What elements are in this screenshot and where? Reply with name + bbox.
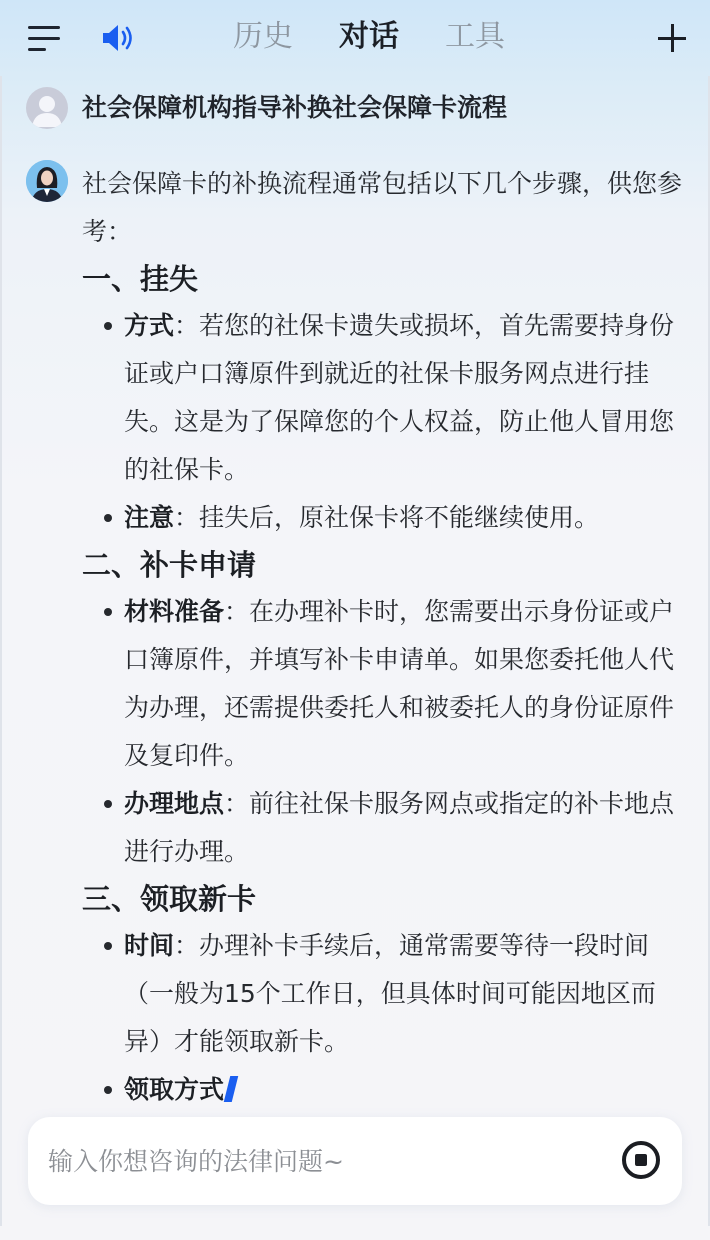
assistant-answer: 社会保障卡的补换流程通常包括以下几个步骤，供您参考： 一、挂失 方式：若您的社保… bbox=[82, 160, 682, 1114]
item-text: ：若您的社保卡遗失或损坏，首先需要持身份证或户口簿原件到就近的社保卡服务网点进行… bbox=[124, 311, 674, 484]
frame-border-left bbox=[0, 76, 2, 1226]
user-avatar bbox=[26, 87, 68, 129]
item-label: 注意 bbox=[124, 503, 174, 532]
question-input[interactable] bbox=[48, 1117, 608, 1205]
item-label: 方式 bbox=[124, 311, 174, 340]
stop-generation-button[interactable] bbox=[622, 1141, 660, 1179]
chat-input-bar bbox=[28, 1117, 682, 1205]
section-list: 方式：若您的社保卡遗失或损坏，首先需要持身份证或户口簿原件到就近的社保卡服务网点… bbox=[82, 302, 682, 542]
user-message: 社会保障机构指导补换社会保障卡流程 bbox=[26, 86, 507, 130]
section-heading: 三、领取新卡 bbox=[82, 876, 682, 922]
item-label: 领取方式 bbox=[124, 1075, 224, 1104]
item-text: ：挂失后，原社保卡将不能继续使用。 bbox=[174, 503, 599, 532]
tab-tools[interactable]: 工具 bbox=[422, 14, 528, 60]
menu-icon[interactable] bbox=[28, 24, 62, 52]
section-list: 时间：办理补卡手续后，通常需要等待一段时间（一般为15个工作日，但具体时间可能因… bbox=[82, 922, 682, 1114]
speaker-icon[interactable] bbox=[100, 22, 136, 54]
streaming-cursor-icon bbox=[224, 1076, 238, 1102]
top-bar: 历史 对话 工具 bbox=[0, 0, 710, 76]
tab-chat[interactable]: 对话 bbox=[316, 14, 422, 60]
assistant-avatar bbox=[26, 160, 68, 202]
list-item: 办理地点：前往社保卡服务网点或指定的补卡地点进行办理。 bbox=[124, 780, 682, 876]
item-label: 办理地点 bbox=[124, 789, 224, 818]
item-text: ：办理补卡手续后，通常需要等待一段时间（一般为15个工作日，但具体时间可能因地区… bbox=[124, 931, 656, 1056]
list-item: 时间：办理补卡手续后，通常需要等待一段时间（一般为15个工作日，但具体时间可能因… bbox=[124, 922, 682, 1066]
tab-history[interactable]: 历史 bbox=[210, 14, 316, 60]
list-item: 材料准备：在办理补卡时，您需要出示身份证或户口簿原件，并填写补卡申请单。如果您委… bbox=[124, 588, 682, 780]
list-item: 领取方式 bbox=[124, 1066, 682, 1114]
answer-intro: 社会保障卡的补换流程通常包括以下几个步骤，供您参考： bbox=[82, 160, 682, 256]
section-heading: 二、补卡申请 bbox=[82, 542, 682, 588]
stop-icon bbox=[635, 1154, 647, 1166]
user-message-text: 社会保障机构指导补换社会保障卡流程 bbox=[82, 86, 507, 130]
item-label: 材料准备 bbox=[124, 597, 224, 626]
plus-icon[interactable] bbox=[658, 24, 686, 52]
list-item: 方式：若您的社保卡遗失或损坏，首先需要持身份证或户口簿原件到就近的社保卡服务网点… bbox=[124, 302, 682, 494]
list-item: 注意：挂失后，原社保卡将不能继续使用。 bbox=[124, 494, 682, 542]
section-list: 材料准备：在办理补卡时，您需要出示身份证或户口簿原件，并填写补卡申请单。如果您委… bbox=[82, 588, 682, 876]
section-heading: 一、挂失 bbox=[82, 256, 682, 302]
tab-bar: 历史 对话 工具 bbox=[210, 14, 528, 60]
item-label: 时间 bbox=[124, 931, 174, 960]
